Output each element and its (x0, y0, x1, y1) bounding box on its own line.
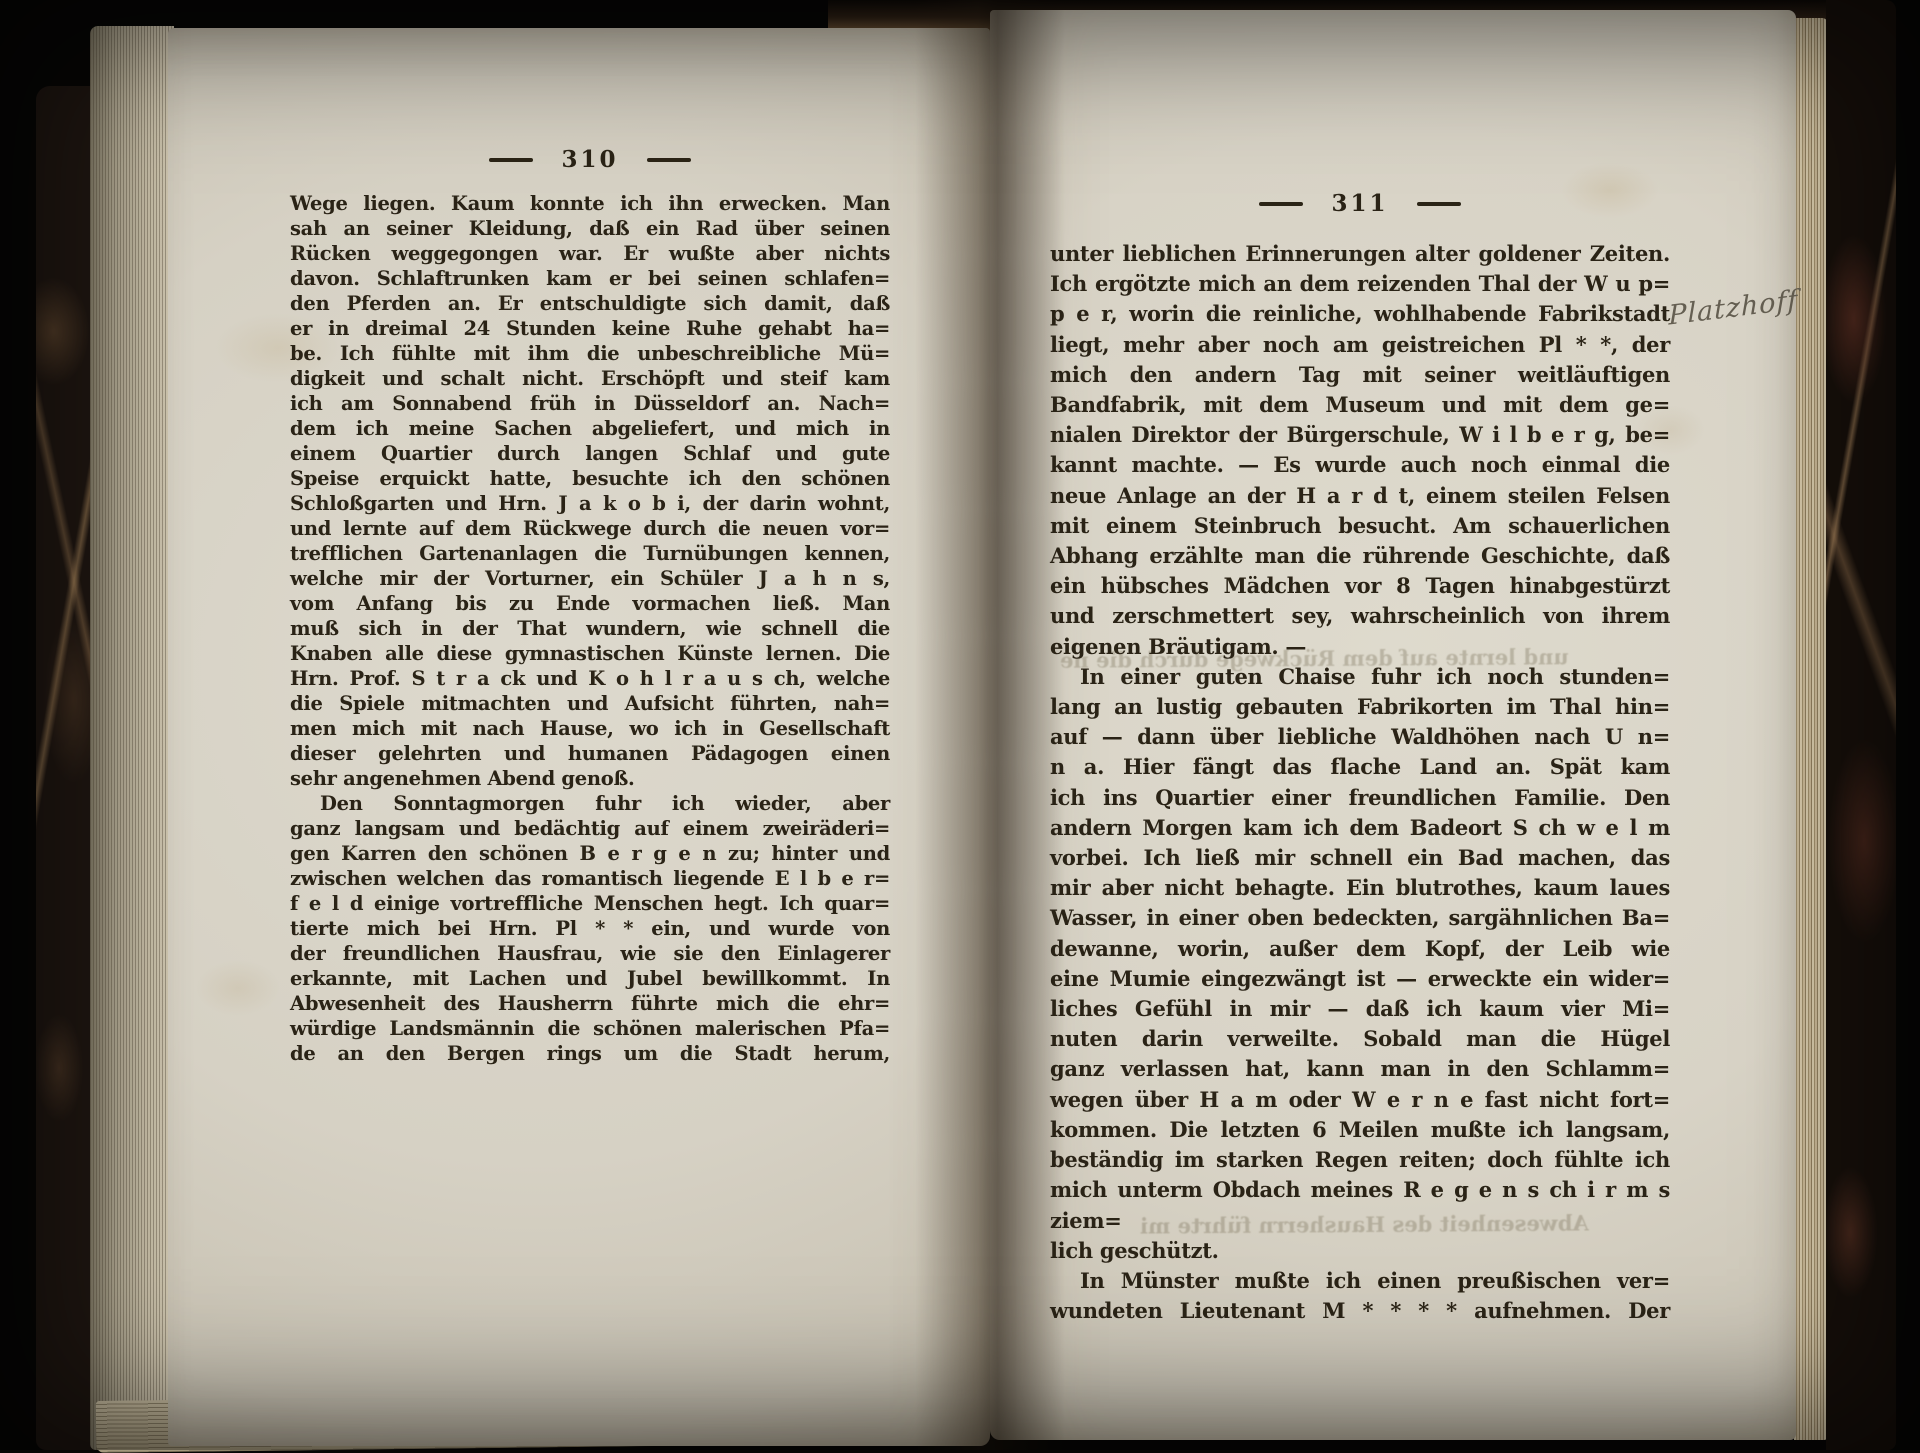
text-line: sehr angenehmen Abend genoß. (290, 766, 890, 791)
text-line: lang an lustig gebauten Fabrikorten im T… (1050, 692, 1670, 722)
text-line: neue Anlage an der H a r d t, einem stei… (1050, 481, 1670, 511)
text-line: digkeit und schalt nicht. Erschöpft und … (290, 366, 890, 391)
header-rule-left (1259, 202, 1303, 206)
text-line: eigenen Bräutigam. — (1050, 632, 1670, 662)
text-line: Rücken weggegongen war. Er wußte aber ni… (290, 241, 890, 266)
text-line: nuten darin verweilte. Sobald man die Hü… (1050, 1024, 1670, 1054)
text-line: und lernte auf dem Rückwege durch die ne… (290, 516, 890, 541)
left-page: 310 Wege liegen. Kaum konnte ich ihn erw… (168, 28, 990, 1446)
text-line: Wege liegen. Kaum konnte ich ihn erwecke… (290, 191, 890, 216)
right-marbled-cover (1826, 0, 1896, 1450)
text-line: davon. Schlaftrunken kam er bei seinen s… (290, 266, 890, 291)
text-line: mich unterm Obdach meines R e g e n s ch… (1050, 1175, 1670, 1235)
text-line: Schloßgarten und Hrn. J a k o b i, der d… (290, 491, 890, 516)
text-line: ganz verlassen hat, kann man in den Schl… (1050, 1054, 1670, 1084)
page-number-left: 310 (561, 146, 618, 173)
text-line: Hrn. Prof. S t r a ck und K o h l r a u … (290, 666, 890, 691)
text-line: Den Sonntagmorgen fuhr ich wieder, aber (290, 791, 890, 816)
text-line: auf — dann über liebliche Waldhöhen nach… (1050, 722, 1670, 752)
text-line: dem ich meine Sachen abgeliefert, und mi… (290, 416, 890, 441)
text-line: lich geschützt. (1050, 1236, 1670, 1266)
text-line: mir aber nicht behagte. Ein blutrothes, … (1050, 873, 1670, 903)
text-line: vorbei. Ich ließ mir schnell ein Bad mac… (1050, 843, 1670, 873)
text-line: erkannte, mit Lachen und Jubel bewillkom… (290, 966, 890, 991)
text-line: Abwesenheit des Hausherrn führte mich di… (290, 991, 890, 1016)
right-page-header: 311 (1050, 190, 1670, 217)
text-line: ein hübsches Mädchen vor 8 Tagen hinabge… (1050, 571, 1670, 601)
text-line: beständig im starken Regen reiten; doch … (1050, 1145, 1670, 1175)
text-line: dewanne, worin, außer dem Kopf, der Leib… (1050, 934, 1670, 964)
left-marbled-cover (36, 86, 94, 1450)
header-rule-right (647, 158, 691, 162)
header-rule-left (489, 158, 533, 162)
text-line: andern Morgen kam ich dem Badeort S ch w… (1050, 813, 1670, 843)
right-page-edges (1794, 18, 1828, 1440)
text-line: würdige Landsmännin die schönen malerisc… (290, 1016, 890, 1041)
text-line: muß sich in der That wundern, wie schnel… (290, 616, 890, 641)
left-page-body: Wege liegen. Kaum konnte ich ihn erwecke… (290, 191, 890, 1066)
text-line: er in dreimal 24 Stunden keine Ruhe geha… (290, 316, 890, 341)
right-page-text: 311 unter lieblichen Erinnerungen alter … (1050, 190, 1670, 1326)
text-line: der freundlichen Hausfrau, wie sie den E… (290, 941, 890, 966)
text-line: mich den andern Tag mit seiner weitläuft… (1050, 360, 1670, 390)
header-rule-right (1417, 202, 1461, 206)
text-line: Bandfabrik, mit dem Museum und mit dem g… (1050, 390, 1670, 420)
text-line: welche mir der Vorturner, ein Schüler J … (290, 566, 890, 591)
text-line: Ich ergötzte mich an dem reizenden Thal … (1050, 269, 1670, 299)
text-line: mit einem Steinbruch besucht. Am schauer… (1050, 511, 1670, 541)
left-page-text: 310 Wege liegen. Kaum konnte ich ihn erw… (290, 146, 890, 1066)
text-line: ich am Sonnabend früh in Düsseldorf an. … (290, 391, 890, 416)
text-line: be. Ich fühlte mit ihm die unbeschreibli… (290, 341, 890, 366)
text-line: liches Gefühl in mir — daß ich kaum vier… (1050, 994, 1670, 1024)
text-line: den Pferden an. Er entschuldigte sich da… (290, 291, 890, 316)
text-line: nialen Direktor der Bürgerschule, W i l … (1050, 420, 1670, 450)
text-line: trefflichen Gartenanlagen die Turnübunge… (290, 541, 890, 566)
text-line: p e r, worin die reinliche, wohlhabende … (1050, 299, 1670, 329)
text-line: de an den Bergen rings um die Stadt heru… (290, 1041, 890, 1066)
text-line: Abhang erzählte man die rührende Geschic… (1050, 541, 1670, 571)
text-line: In einer guten Chaise fuhr ich noch stun… (1050, 662, 1670, 692)
text-line: ganz langsam und bedächtig auf einem zwe… (290, 816, 890, 841)
text-line: In Münster mußte ich einen preußischen v… (1050, 1266, 1670, 1296)
text-line: dieser gelehrten und humanen Pädagogen e… (290, 741, 890, 766)
text-line: kommen. Die letzten 6 Meilen mußte ich l… (1050, 1115, 1670, 1145)
text-line: tierte mich bei Hrn. Pl * * ein, und wur… (290, 916, 890, 941)
right-page-body: unter lieblichen Erinnerungen alter gold… (1050, 239, 1670, 1326)
page-number-right: 311 (1331, 190, 1388, 217)
left-page-header: 310 (290, 146, 890, 173)
text-line: liegt, mehr aber noch am geistreichen Pl… (1050, 330, 1670, 360)
text-line: f e l d einige vortreffliche Menschen he… (290, 891, 890, 916)
text-line: vom Anfang bis zu Ende vormachen ließ. M… (290, 591, 890, 616)
text-line: eine Mumie eingezwängt ist — erweckte ei… (1050, 964, 1670, 994)
text-line: unter lieblichen Erinnerungen alter gold… (1050, 239, 1670, 269)
text-line: Speise erquickt hatte, besuchte ich den … (290, 466, 890, 491)
text-line: zwischen welchen das romantisch liegende… (290, 866, 890, 891)
text-line: Wasser, in einer oben bedeckten, sargähn… (1050, 903, 1670, 933)
book-photo: 310 Wege liegen. Kaum konnte ich ihn erw… (0, 0, 1920, 1450)
text-line: ich ins Quartier einer freundlichen Fami… (1050, 783, 1670, 813)
left-page-fore-edge (90, 26, 174, 1450)
text-line: gen Karren den schönen B e r g e n zu; h… (290, 841, 890, 866)
text-line: sah an seiner Kleidung, daß ein Rad über… (290, 216, 890, 241)
text-line: Knaben alle diese gymnastischen Künste l… (290, 641, 890, 666)
text-line: einem Quartier durch langen Schlaf und g… (290, 441, 890, 466)
right-page: und lernte auf dem Rückwege durch die ne… (990, 10, 1796, 1440)
text-line: die Spiele mitmachten und Aufsicht führt… (290, 691, 890, 716)
text-line: men mich mit nach Hause, wo ich in Gesel… (290, 716, 890, 741)
text-line: wundeten Lieutenant M * * * * aufnehmen.… (1050, 1296, 1670, 1326)
text-line: n a. Hier fängt das flache Land an. Spät… (1050, 752, 1670, 782)
text-line: kannt machte. — Es wurde auch noch einma… (1050, 450, 1670, 480)
text-line: und zerschmettert sey, wahrscheinlich vo… (1050, 601, 1670, 631)
text-line: wegen über H a m oder W e r n e fast nic… (1050, 1085, 1670, 1115)
